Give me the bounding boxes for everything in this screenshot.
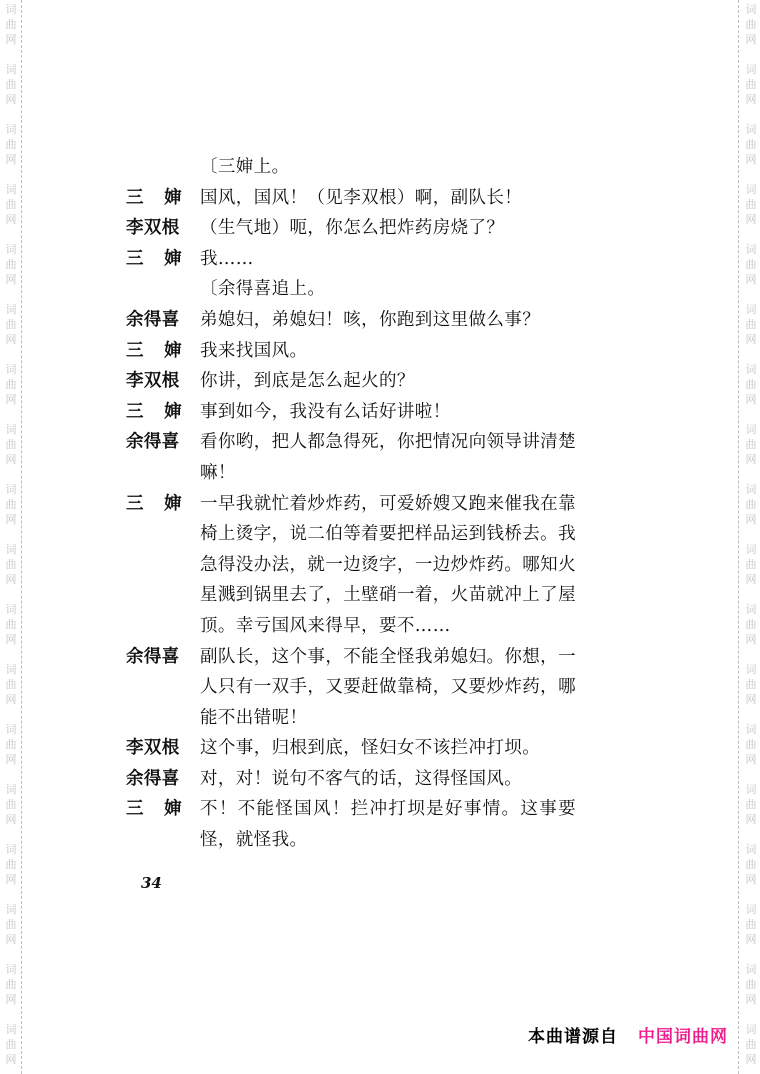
dialogue-line: 三 婶 国风，国风！（见李双根）啊，副队长！ [126,183,576,214]
dialogue-text: （生气地）呃，你怎么把炸药房烧了？ [200,213,576,244]
watermark-char: 曲 [743,737,759,752]
dialogue-text: 你讲，到底是怎么起火的？ [200,366,576,397]
watermark-block: 词曲网 [743,242,759,287]
watermark-block: 词曲网 [743,362,759,407]
watermark-char: 曲 [743,497,759,512]
speaker-name: 余得喜 [126,305,200,336]
speaker-name: 三 婶 [126,794,182,825]
dialogue-line: 三 婶 不！不能怪国风！拦冲打坝是好事情。这事要怪，就怪我。 [126,794,576,855]
watermark-char: 曲 [3,677,19,692]
watermark-char: 网 [3,152,19,167]
watermark-char: 词 [743,902,759,917]
watermark-char: 网 [3,32,19,47]
right-watermark-strip: 词曲网词曲网词曲网词曲网词曲网词曲网词曲网词曲网词曲网词曲网词曲网词曲网词曲网词… [740,0,760,1074]
watermark-block: 词曲网 [3,182,19,227]
watermark-block: 词曲网 [3,422,19,467]
watermark-char: 网 [3,872,19,887]
watermark-block: 词曲网 [3,842,19,887]
speaker-name-part: 三 [126,244,144,275]
watermark-char: 网 [743,992,759,1007]
watermark-char: 词 [743,182,759,197]
speaker-name-part: 三 [126,336,144,367]
watermark-char: 曲 [743,137,759,152]
watermark-char: 网 [3,752,19,767]
watermark-char: 词 [3,182,19,197]
watermark-block: 词曲网 [743,782,759,827]
watermark-char: 网 [743,512,759,527]
watermark-block: 词曲网 [743,1022,759,1067]
watermark-char: 曲 [743,317,759,332]
dialogue-line: 三 婶 我来找国风。 [126,336,576,367]
watermark-block: 词曲网 [3,1022,19,1067]
watermark-char: 网 [743,692,759,707]
watermark-char: 曲 [743,17,759,32]
watermark-block: 词曲网 [743,62,759,107]
watermark-char: 词 [743,302,759,317]
dialogue-line: 余得喜 看你哟，把人都急得死，你把情况向领导讲清楚嘛！ [126,427,576,488]
page-number: 34 [141,874,162,892]
dialogue-line: 三 婶 我…… [126,244,576,275]
dialogue-line: 三 婶 事到如今，我没有么话好讲啦！ [126,397,576,428]
watermark-block: 词曲网 [3,602,19,647]
watermark-char: 词 [743,482,759,497]
watermark-char: 曲 [3,617,19,632]
watermark-char: 网 [3,692,19,707]
dialogue-text: 对，对！说句不客气的话，这得怪国风。 [200,764,576,795]
watermark-char: 网 [3,632,19,647]
watermark-block: 词曲网 [743,962,759,1007]
dialogue-text: 弟媳妇，弟媳妇！咳，你跑到这里做么事？ [200,305,576,336]
watermark-block: 词曲网 [743,182,759,227]
watermark-block: 词曲网 [3,2,19,47]
watermark-char: 曲 [3,977,19,992]
left-dashed-border [21,0,22,1074]
watermark-char: 网 [3,212,19,227]
watermark-block: 词曲网 [3,302,19,347]
watermark-char: 曲 [743,1037,759,1052]
watermark-char: 词 [743,542,759,557]
dialogue-text: 一早我就忙着炒炸药，可爱娇嫂又跑来催我在靠椅上烫字，说二伯等着要把样品运到钱桥去… [200,489,576,642]
footer-site-link[interactable]: 中国词曲网 [638,1022,728,1047]
watermark-char: 词 [3,62,19,77]
watermark-char: 词 [743,602,759,617]
watermark-char: 网 [743,392,759,407]
dialogue-text: 我…… [200,244,576,275]
watermark-char: 曲 [3,737,19,752]
watermark-char: 词 [743,782,759,797]
watermark-char: 词 [743,722,759,737]
watermark-block: 词曲网 [3,482,19,527]
watermark-char: 网 [743,572,759,587]
left-watermark-strip: 词曲网词曲网词曲网词曲网词曲网词曲网词曲网词曲网词曲网词曲网词曲网词曲网词曲网词… [0,0,22,1074]
watermark-char: 词 [3,302,19,317]
speaker-name-part: 婶 [164,336,182,367]
watermark-char: 词 [3,242,19,257]
dialogue-line: 李双根 这个事，归根到底，怪妇女不该拦冲打坝。 [126,733,576,764]
watermark-char: 曲 [3,257,19,272]
speaker-name: 李双根 [126,213,200,244]
stage-direction: 〔余得喜追上。 [126,274,576,305]
dialogue-text: 这个事，归根到底，怪妇女不该拦冲打坝。 [200,733,576,764]
watermark-char: 词 [743,962,759,977]
watermark-char: 曲 [3,17,19,32]
watermark-char: 网 [743,632,759,647]
watermark-char: 网 [3,392,19,407]
watermark-char: 网 [743,272,759,287]
speaker-name: 三 婶 [126,244,182,275]
watermark-block: 词曲网 [743,122,759,167]
watermark-char: 网 [743,92,759,107]
speaker-name-part: 婶 [164,397,182,428]
watermark-block: 词曲网 [3,542,19,587]
footer-source-label: 本曲谱源自 [528,1022,618,1047]
watermark-block: 词曲网 [3,242,19,287]
watermark-char: 网 [743,152,759,167]
dialogue-line: 三 婶 一早我就忙着炒炸药，可爱娇嫂又跑来催我在靠椅上烫字，说二伯等着要把样品运… [126,489,576,642]
watermark-block: 词曲网 [3,62,19,107]
dialogue-line: 余得喜 弟媳妇，弟媳妇！咳，你跑到这里做么事？ [126,305,576,336]
watermark-char: 网 [3,452,19,467]
watermark-char: 词 [3,2,19,17]
watermark-block: 词曲网 [743,542,759,587]
watermark-char: 网 [3,812,19,827]
dialogue-text: 看你哟，把人都急得死，你把情况向领导讲清楚嘛！ [200,427,576,488]
watermark-char: 网 [743,752,759,767]
watermark-block: 词曲网 [743,422,759,467]
watermark-block: 词曲网 [743,302,759,347]
watermark-char: 词 [3,602,19,617]
watermark-char: 词 [3,122,19,137]
watermark-char: 词 [743,1022,759,1037]
speaker-name: 李双根 [126,366,200,397]
watermark-char: 词 [3,542,19,557]
speaker-name: 三 婶 [126,336,182,367]
watermark-char: 曲 [743,197,759,212]
dialogue-text: 我来找国风。 [200,336,576,367]
watermark-char: 曲 [743,677,759,692]
watermark-char: 词 [3,482,19,497]
watermark-char: 曲 [3,1037,19,1052]
watermark-char: 曲 [743,857,759,872]
watermark-block: 词曲网 [743,722,759,767]
watermark-char: 曲 [3,497,19,512]
dialogue-text: 不！不能怪国风！拦冲打坝是好事情。这事要怪，就怪我。 [200,794,576,855]
watermark-char: 词 [3,782,19,797]
watermark-block: 词曲网 [3,662,19,707]
watermark-char: 曲 [3,77,19,92]
watermark-char: 网 [3,932,19,947]
watermark-char: 网 [743,452,759,467]
watermark-char: 曲 [743,557,759,572]
watermark-char: 词 [3,662,19,677]
speaker-name-part: 三 [126,397,144,428]
watermark-char: 曲 [743,377,759,392]
watermark-char: 曲 [3,557,19,572]
watermark-char: 网 [3,512,19,527]
dialogue-text: 副队长，这个事，不能全怪我弟媳妇。你想，一人只有一双手，又要赶做靠椅，又要炒炸药… [200,642,576,734]
watermark-char: 网 [743,872,759,887]
watermark-char: 曲 [3,137,19,152]
watermark-char: 词 [3,722,19,737]
watermark-block: 词曲网 [3,362,19,407]
watermark-char: 词 [3,1022,19,1037]
speaker-name-part: 婶 [164,183,182,214]
watermark-char: 曲 [743,797,759,812]
right-dashed-border [738,0,739,1074]
watermark-char: 网 [743,1052,759,1067]
speaker-name-part: 三 [126,183,144,214]
watermark-char: 曲 [3,377,19,392]
watermark-char: 网 [3,92,19,107]
watermark-char: 网 [3,272,19,287]
watermark-char: 词 [743,842,759,857]
dialogue-line: 余得喜 副队长，这个事，不能全怪我弟媳妇。你想，一人只有一双手，又要赶做靠椅，又… [126,642,576,734]
watermark-char: 曲 [743,257,759,272]
watermark-char: 曲 [743,77,759,92]
watermark-char: 词 [743,422,759,437]
watermark-block: 词曲网 [743,602,759,647]
watermark-char: 网 [743,212,759,227]
speaker-name-part: 三 [126,489,144,520]
watermark-block: 词曲网 [3,122,19,167]
watermark-char: 词 [3,842,19,857]
watermark-char: 词 [743,122,759,137]
stage-direction-text: 〔三婶上。 [200,152,576,183]
watermark-char: 曲 [3,197,19,212]
watermark-char: 词 [3,362,19,377]
speaker-name: 三 婶 [126,183,182,214]
speaker-name: 三 婶 [126,397,182,428]
dialogue-line: 李双根 （生气地）呃，你怎么把炸药房烧了？ [126,213,576,244]
watermark-block: 词曲网 [743,662,759,707]
watermark-char: 网 [3,332,19,347]
watermark-char: 词 [743,662,759,677]
watermark-char: 词 [743,62,759,77]
watermark-char: 曲 [743,437,759,452]
watermark-char: 网 [3,572,19,587]
watermark-char: 词 [3,902,19,917]
watermark-char: 曲 [743,977,759,992]
speaker-name: 余得喜 [126,642,200,673]
speaker-name: 三 婶 [126,489,182,520]
watermark-block: 词曲网 [3,962,19,1007]
watermark-char: 曲 [3,797,19,812]
watermark-char: 曲 [3,317,19,332]
watermark-char: 曲 [743,617,759,632]
watermark-char: 词 [743,362,759,377]
dialogue-text: 事到如今，我没有么话好讲啦！ [200,397,576,428]
watermark-char: 词 [3,422,19,437]
watermark-char: 曲 [3,437,19,452]
watermark-char: 网 [743,332,759,347]
speaker-name-part: 三 [126,794,144,825]
dialogue-line: 李双根 你讲，到底是怎么起火的？ [126,366,576,397]
watermark-char: 曲 [3,917,19,932]
watermark-char: 词 [3,962,19,977]
dialogue-line: 余得喜 对，对！说句不客气的话，这得怪国风。 [126,764,576,795]
speaker-name: 余得喜 [126,427,200,458]
watermark-block: 词曲网 [743,482,759,527]
watermark-char: 网 [743,932,759,947]
watermark-char: 网 [743,32,759,47]
watermark-block: 词曲网 [743,902,759,947]
watermark-block: 词曲网 [743,2,759,47]
stage-direction: 〔三婶上。 [126,152,576,183]
stage-direction-text: 〔余得喜追上。 [200,274,576,305]
watermark-char: 网 [743,812,759,827]
watermark-block: 词曲网 [3,782,19,827]
watermark-char: 网 [3,992,19,1007]
dialogue-text: 国风，国风！（见李双根）啊，副队长！ [200,183,576,214]
watermark-char: 词 [743,242,759,257]
speaker-name: 余得喜 [126,764,200,795]
watermark-char: 词 [743,2,759,17]
speaker-name: 李双根 [126,733,200,764]
watermark-char: 网 [3,1052,19,1067]
script-body: 〔三婶上。 三 婶 国风，国风！（见李双根）啊，副队长！ 李双根 （生气地）呃，… [126,152,576,856]
watermark-block: 词曲网 [3,722,19,767]
speaker-name-part: 婶 [164,489,182,520]
watermark-char: 曲 [3,857,19,872]
watermark-char: 曲 [743,917,759,932]
watermark-block: 词曲网 [3,902,19,947]
speaker-name-part: 婶 [164,794,182,825]
speaker-name-part: 婶 [164,244,182,275]
watermark-block: 词曲网 [743,842,759,887]
